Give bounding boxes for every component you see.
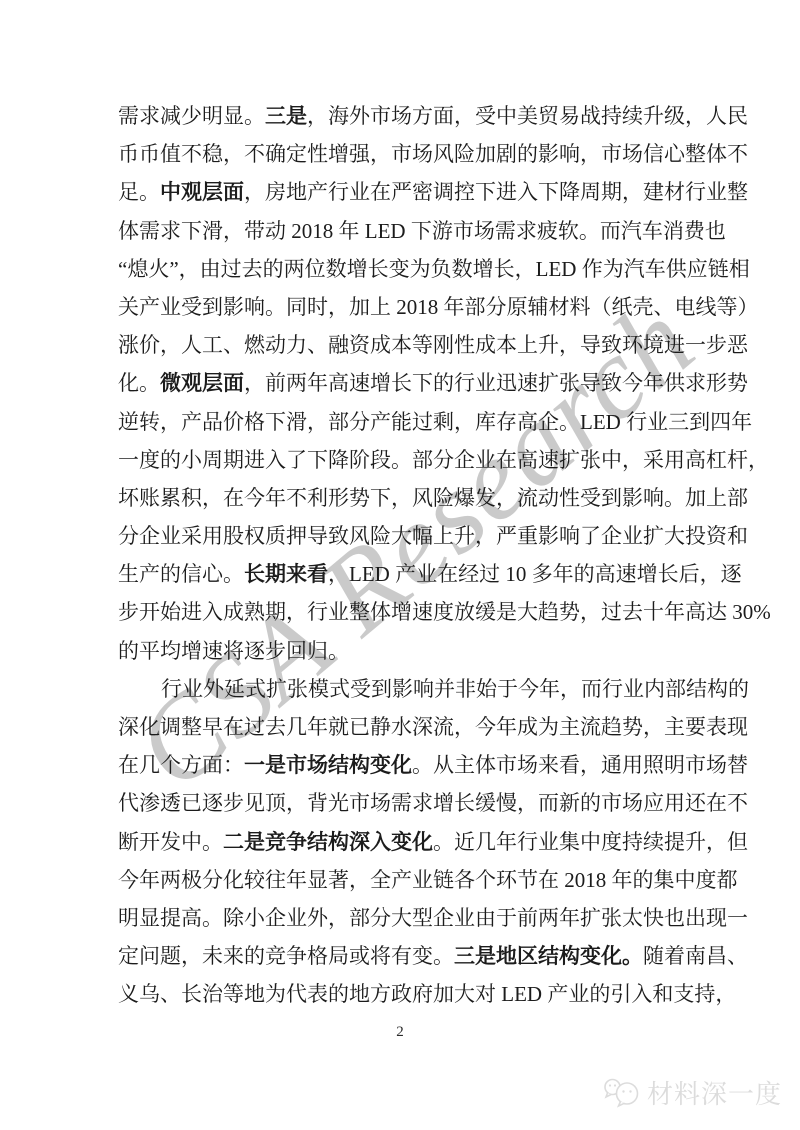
- text-line: 需求减少明显。三是，海外市场方面，受中美贸易战持续升级，人民: [118, 97, 675, 135]
- text-line: 化。微观层面，前两年高速增长下的行业迅速扩张导致今年供求形势: [118, 364, 675, 402]
- paragraph: 需求减少明显。三是，海外市场方面，受中美贸易战持续升级，人民币币值不稳，不确定性…: [118, 97, 675, 670]
- text-line: 步开始进入成熟期，行业整体增速度放缓是大趋势，过去十年高达 30%: [118, 593, 675, 631]
- text-line: 分企业采用股权质押导致风险大幅上升，严重影响了企业扩大投资和: [118, 517, 675, 555]
- text-line: 生产的信心。长期来看，LED 产业在经过 10 多年的高速增长后，逐: [118, 555, 675, 593]
- text-line: 涨价，人工、燃动力、融资成本等刚性成本上升，导致环境进一步恶: [118, 326, 675, 364]
- text-line: 逆转，产品价格下滑，部分产能过剩，库存高企。LED 行业三到四年: [118, 403, 675, 441]
- brand-logo: 材料深一度: [602, 1074, 782, 1111]
- text-line: 今年两极分化较往年显著，全产业链各个环节在 2018 年的集中度都: [118, 861, 675, 899]
- text-line: 一度的小周期进入了下降阶段。部分企业在高速扩张中，采用高杠杆，: [118, 441, 675, 479]
- text-line: 关产业受到影响。同时，加上 2018 年部分原辅材料（纸壳、电线等）: [118, 288, 675, 326]
- text-line: 在几个方面：一是市场结构变化。从主体市场来看，通用照明市场替: [118, 746, 675, 784]
- document-body: 需求减少明显。三是，海外市场方面，受中美贸易战持续升级，人民币币值不稳，不确定性…: [118, 97, 675, 1014]
- text-line: 定问题，未来的竞争格局或将有变。三是地区结构变化。随着南昌、: [118, 937, 675, 975]
- text-line: 的平均增速将逐步回归。: [118, 632, 675, 670]
- text-line: 代渗透已逐步见顶，背光市场需求增长缓慢，而新的市场应用还在不: [118, 784, 675, 822]
- text-line: 币币值不稳，不确定性增强，市场风险加剧的影响，市场信心整体不: [118, 135, 675, 173]
- text-line: 体需求下滑，带动 2018 年 LED 下游市场需求疲软。而汽车消费也: [118, 212, 675, 250]
- text-line: 明显提高。除小企业外，部分大型企业由于前两年扩张太快也出现一: [118, 899, 675, 937]
- text-line: 行业外延式扩张模式受到影响并非始于今年，而行业内部结构的: [118, 670, 675, 708]
- text-line: “熄火”，由过去的两位数增长变为负数增长，LED 作为汽车供应链相: [118, 250, 675, 288]
- paragraph: 行业外延式扩张模式受到影响并非始于今年，而行业内部结构的深化调整早在过去几年就已…: [118, 670, 675, 1014]
- document-page: CSA Research 需求减少明显。三是，海外市场方面，受中美贸易战持续升级…: [0, 0, 800, 1130]
- page-number: 2: [0, 1024, 800, 1041]
- text-line: 义乌、长治等地为代表的地方政府加大对 LED 产业的引入和支持，: [118, 975, 675, 1013]
- text-line: 断开发中。二是竞争结构深入变化。近几年行业集中度持续提升，但: [118, 823, 675, 861]
- text-line: 深化调整早在过去几年就已静水深流，今年成为主流趋势，主要表现: [118, 708, 675, 746]
- wechat-bubbles-icon: [602, 1076, 642, 1110]
- text-line: 足。中观层面，房地产行业在严密调控下进入下降周期，建材行业整: [118, 173, 675, 211]
- text-line: 坏账累积，在今年不利形势下，风险爆发，流动性受到影响。加上部: [118, 479, 675, 517]
- brand-text: 材料深一度: [647, 1074, 782, 1111]
